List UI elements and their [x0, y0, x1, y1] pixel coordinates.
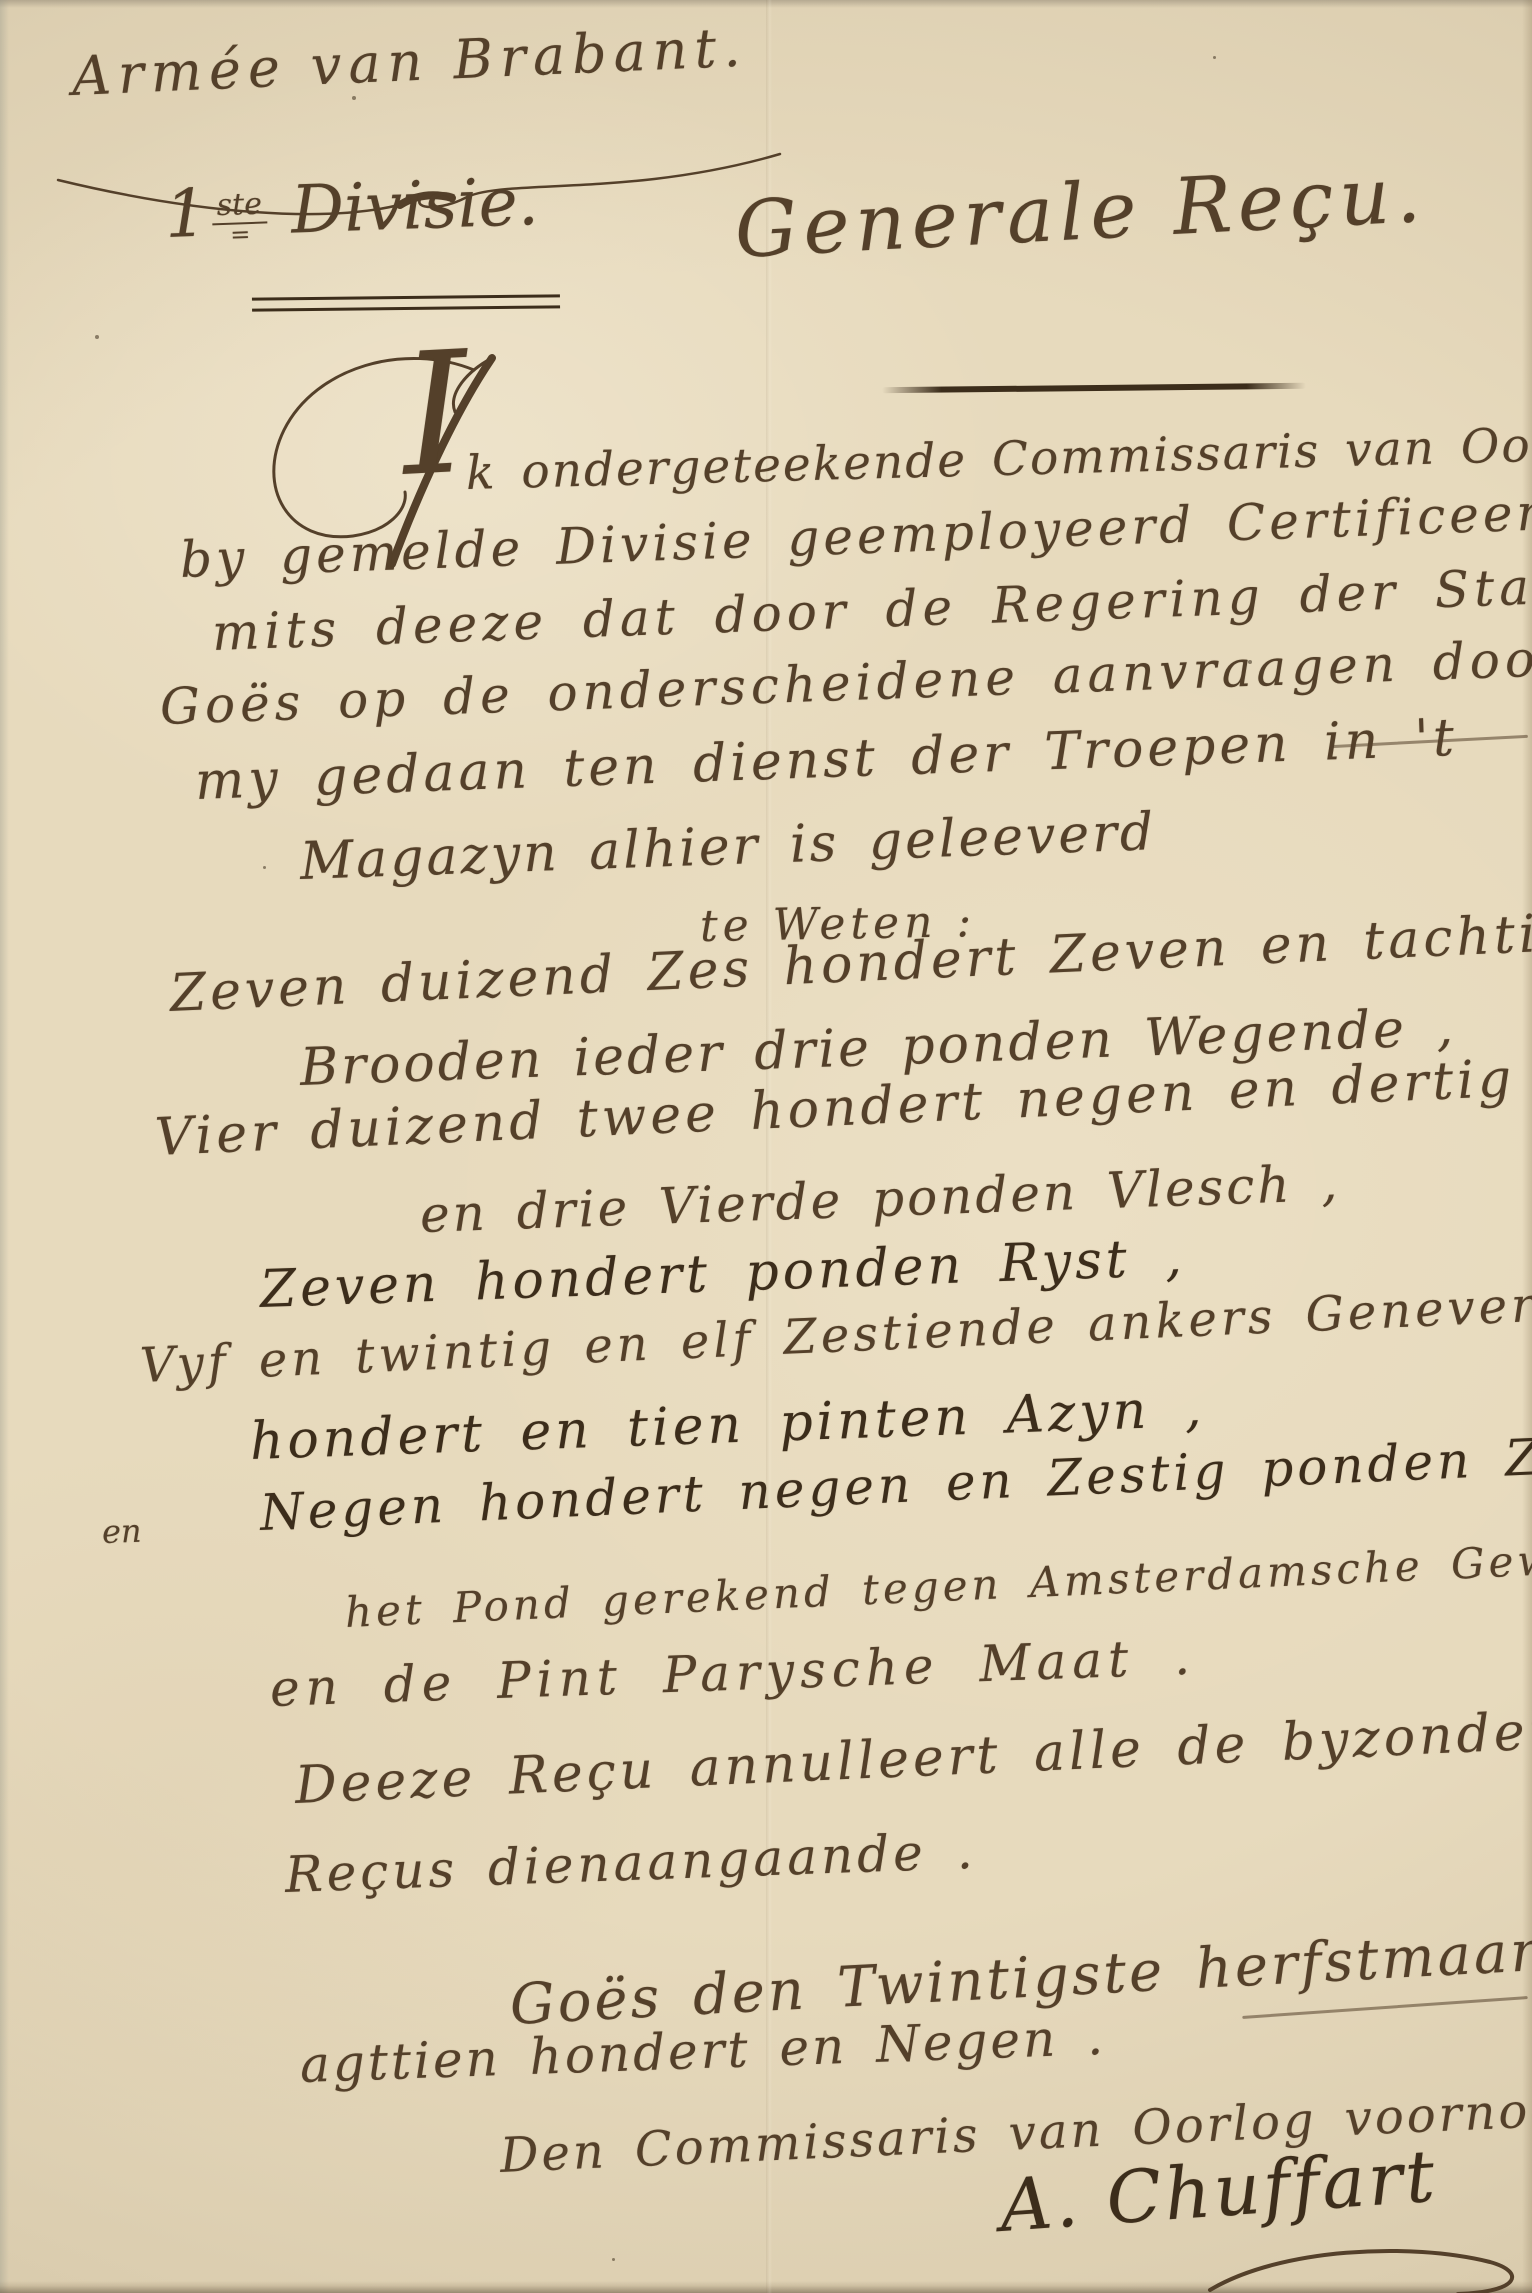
division-equals-mark: =	[230, 224, 251, 245]
ink-speck	[352, 96, 356, 100]
army-title: Armée van Brabant.	[71, 21, 749, 104]
ink-speck	[263, 866, 266, 869]
line-preamble-5: Magazyn alhier is geleeverd	[299, 806, 1157, 888]
opening-initial: I	[398, 329, 473, 500]
line-note-weight: het Pond gerekend tegen Amsterdamsche Ge…	[344, 1536, 1532, 1634]
fold-crease	[766, 0, 772, 2293]
line-annul-1: Deeze Reçu annulleert alle de byzondere	[294, 1703, 1532, 1812]
line-opening: k ondergeteekende Commissaris van Oorlog	[465, 419, 1532, 497]
title-underline	[882, 383, 1306, 393]
manuscript-page: Armée van Brabant. 1ste=Divisie. General…	[0, 0, 1532, 2293]
ink-speck	[1213, 56, 1216, 59]
paper-edge-left	[0, 0, 9, 2293]
division-word: Divisie.	[290, 163, 540, 249]
document-title: Generale Reçu.	[733, 156, 1428, 270]
signature-paraph-icon	[1190, 2240, 1532, 2293]
division-number: 1	[164, 175, 209, 253]
line-annul-2: Reçus dienaangaande .	[284, 1826, 977, 1900]
ink-speck	[612, 2258, 615, 2261]
division-ordinal-block: ste=	[211, 189, 268, 245]
herfstmaand-cross-stroke	[1242, 1996, 1528, 2019]
line-item-meat-2: en drie Vierde ponden Vlesch ,	[419, 1158, 1341, 1240]
division-underline	[252, 294, 560, 311]
division-title: 1ste=Divisie.	[164, 169, 540, 248]
ink-speck	[95, 335, 99, 339]
line-note-measure: en de Pint Parysche Maat .	[269, 1632, 1197, 1714]
line-date-2: agttien hondert en Negen .	[299, 2012, 1107, 2090]
line-item-salt-margin: en	[101, 1515, 142, 1548]
